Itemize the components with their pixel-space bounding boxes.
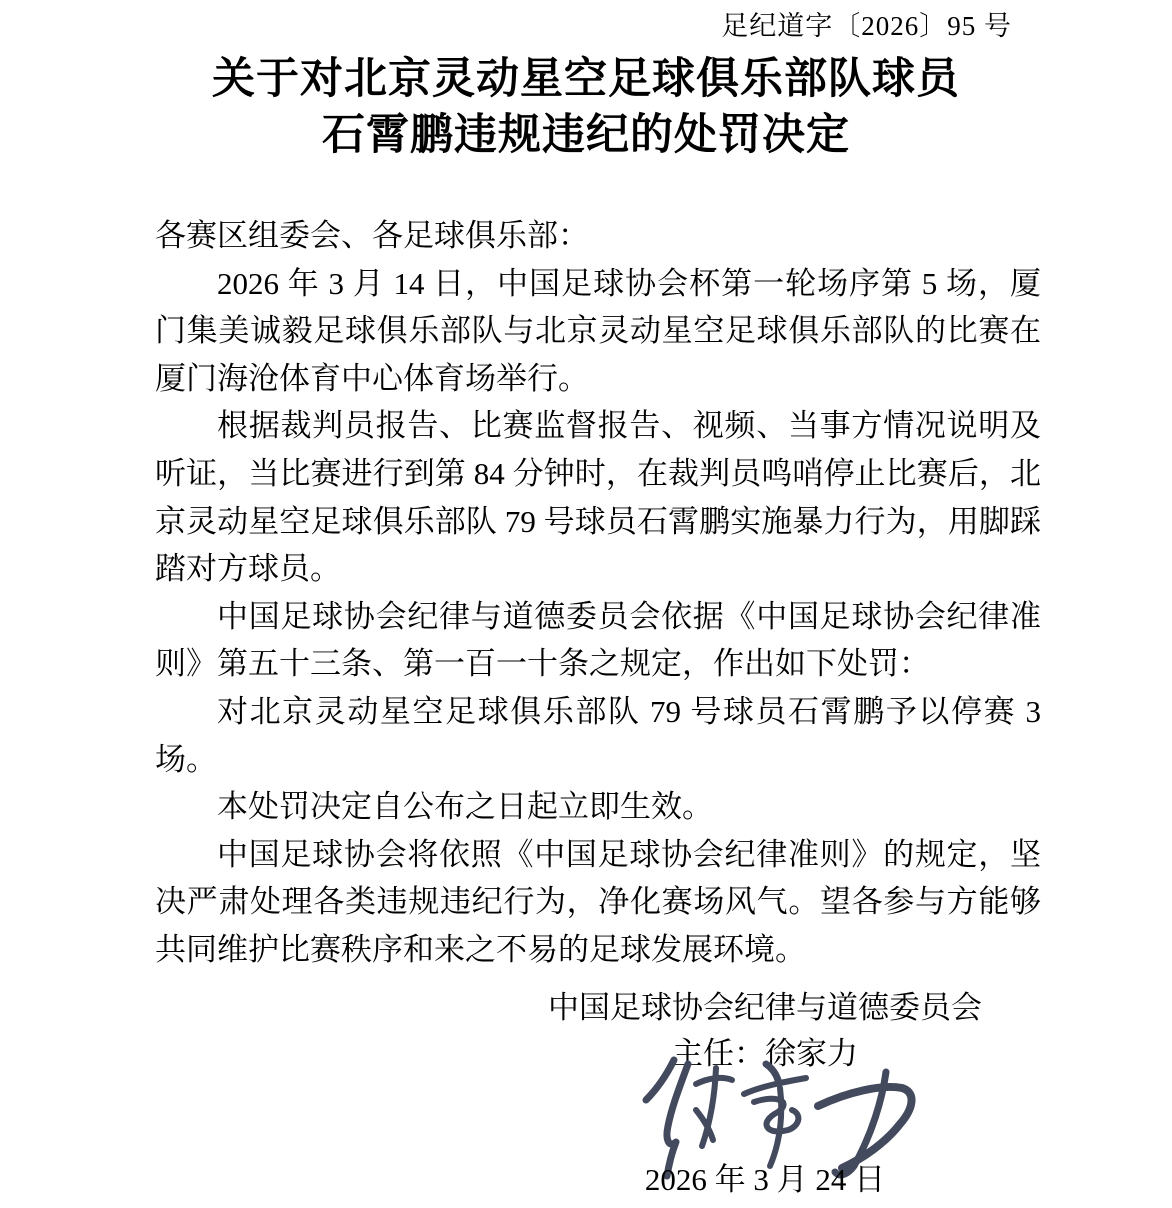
paragraph-penalty: 对北京灵动星空足球俱乐部队 79 号球员石霄鹏予以停赛 3 场。 <box>155 688 1041 783</box>
salutation: 各赛区组委会、各足球俱乐部： <box>155 212 1041 260</box>
paragraph-closing: 中国足球协会将依照《中国足球协会纪律准则》的规定，坚决严肃处理各类违规违纪行为，… <box>155 831 1041 974</box>
paragraph-effective: 本处罚决定自公布之日起立即生效。 <box>155 783 1041 831</box>
document-body: 各赛区组委会、各足球俱乐部： 2026 年 3 月 14 日，中国足球协会杯第一… <box>155 212 1041 974</box>
paragraph-incident: 根据裁判员报告、比赛监督报告、视频、当事方情况说明及听证，当比赛进行到第 84 … <box>155 402 1041 592</box>
paragraph-basis: 中国足球协会纪律与道德委员会依据《中国足球协会纪律准则》第五十三条、第一百一十条… <box>155 593 1041 688</box>
signature-strokes <box>646 1060 912 1176</box>
document-page: 足纪道字〔2026〕95 号 关于对北京灵动星空足球俱乐部队球员 石霄鹏违规违纪… <box>0 0 1172 1208</box>
signature-org: 中国足球协会纪律与道德委员会 <box>545 988 985 1028</box>
paragraph-match-info: 2026 年 3 月 14 日，中国足球协会杯第一轮场序第 5 场，厦门集美诚毅… <box>155 260 1041 403</box>
title-line-2: 石霄鹏违规违纪的处罚决定 <box>0 108 1172 164</box>
document-title: 关于对北京灵动星空足球俱乐部队球员 石霄鹏违规违纪的处罚决定 <box>0 52 1172 164</box>
doc-number: 足纪道字〔2026〕95 号 <box>0 8 1012 44</box>
signature-date: 2026 年 3 月 24 日 <box>545 1160 985 1200</box>
title-line-1: 关于对北京灵动星空足球俱乐部队球员 <box>0 52 1172 108</box>
